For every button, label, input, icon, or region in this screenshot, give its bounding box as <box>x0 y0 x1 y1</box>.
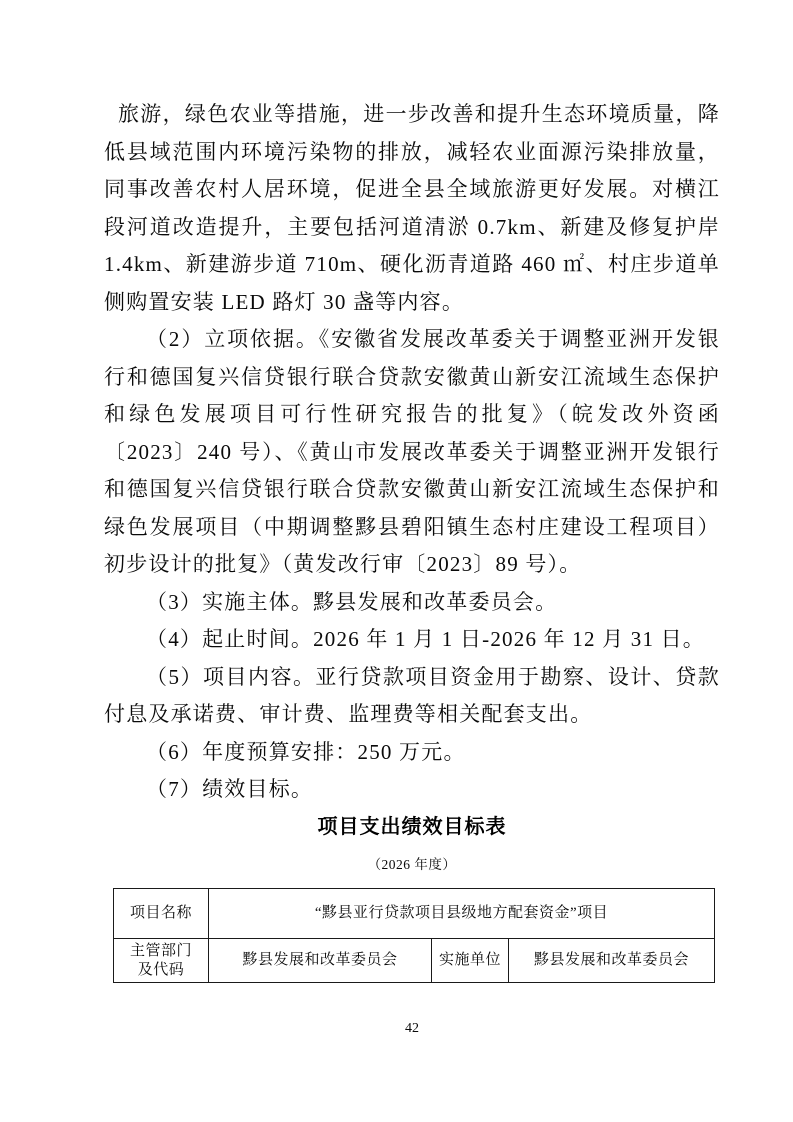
paragraph-continuation: 旅游，绿色农业等措施，进一步改善和提升生态环境质量，降低县域范围内环境污染物的排… <box>104 96 720 321</box>
paragraph-item-5: （5）项目内容。亚行贷款项目资金用于勘察、设计、贷款付息及承诺费、审计费、监理费… <box>104 659 720 734</box>
performance-table: 项目名称 “黟县亚行贷款项目县级地方配套资金”项目 主管部门 及代码 黟县发展和… <box>113 888 715 983</box>
paragraph-item-2: （2）立项依据。《安徽省发展改革委关于调整亚洲开发银行和德国复兴信贷银行联合贷款… <box>104 321 720 584</box>
page-number: 42 <box>104 1020 720 1038</box>
paragraph-item-6: （6）年度预算安排：250 万元。 <box>104 734 720 772</box>
project-name-value-cell: “黟县亚行贷款项目县级地方配套资金”项目 <box>209 889 715 939</box>
project-name-header-cell: 项目名称 <box>114 889 209 939</box>
paragraph-item-4: （4）起止时间。2026 年 1 月 1 日-2026 年 12 月 31 日。 <box>104 621 720 659</box>
table-row-departments: 主管部门 及代码 黟县发展和改革委员会 实施单位 黟县发展和改革委员会 <box>114 939 715 983</box>
dept-header-line1: 主管部门 <box>118 942 204 961</box>
paragraph-item-7: （7）绩效目标。 <box>104 771 720 809</box>
performance-target-section: 项目支出绩效目标表 （2026 年度） 项目名称 “黟县亚行贷款项目县级地方配套… <box>104 812 720 983</box>
dept-value-cell: 黟县发展和改革委员会 <box>209 939 432 983</box>
body-text: 旅游，绿色农业等措施，进一步改善和提升生态环境质量，降低县域范围内环境污染物的排… <box>104 96 720 809</box>
dept-header-line2: 及代码 <box>118 961 204 980</box>
dept-header-cell: 主管部门 及代码 <box>114 939 209 983</box>
table-title: 项目支出绩效目标表 <box>104 812 720 842</box>
table-row-project-name: 项目名称 “黟县亚行贷款项目县级地方配套资金”项目 <box>114 889 715 939</box>
table-subtitle: （2026 年度） <box>104 856 720 874</box>
paragraph-item-3: （3）实施主体。黟县发展和改革委员会。 <box>104 584 720 622</box>
impl-unit-label-cell: 实施单位 <box>432 939 509 983</box>
impl-unit-value-cell: 黟县发展和改革委员会 <box>509 939 715 983</box>
document-page: 旅游，绿色农业等措施，进一步改善和提升生态环境质量，降低县域范围内环境污染物的排… <box>0 0 793 1122</box>
